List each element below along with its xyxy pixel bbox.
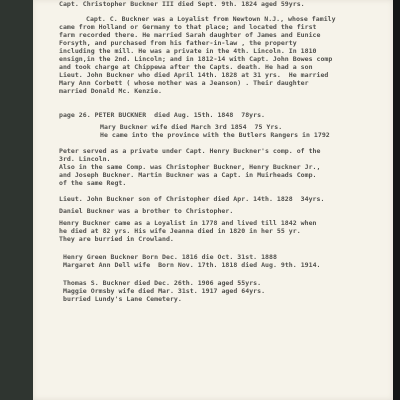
- text-line: and took charge at Chippewa after the Ca…: [59, 64, 313, 71]
- text-line: came from Holland or Germany to that pla…: [59, 24, 317, 31]
- text-line: Peter served as a private under Capt. He…: [59, 148, 320, 155]
- text-line: 3rd. Lincoln.: [59, 156, 111, 163]
- text-line: Also in the same Comp. was Christopher B…: [59, 164, 320, 171]
- text-line: Lieut. John Buckner son of Christopher d…: [59, 196, 324, 203]
- text-line: Mary Ann Corbett ( whose mother was a Je…: [59, 80, 309, 87]
- text-line: Lieut. John Buckner who died April 14th.…: [59, 72, 328, 79]
- text-line: ensign,in the 2nd. Lincoln; and in 1812-…: [59, 56, 332, 63]
- text-line: Margaret Ann Dell wife Born Nov. 17th. 1…: [63, 262, 321, 269]
- text-line: burried Lundy's Lane Cemetery.: [63, 296, 182, 303]
- text-line: including the mill. He was a private in …: [59, 48, 317, 55]
- text-line: and Joseph Buckner. Martin Buckner was a…: [59, 172, 317, 179]
- text-line: Henry Green Buckner Born Dec. 1816 die O…: [63, 254, 277, 261]
- scan-edge: [393, 0, 400, 400]
- text-line: Capt. Christopher Buckner III died Sept.…: [59, 1, 305, 8]
- text-line: married Donald Mc. Kenzie.: [59, 88, 162, 95]
- text-line: farm recorded there. He married Sarah da…: [59, 32, 320, 39]
- text-line: Daniel Buckner was a brother to Christop…: [59, 208, 233, 215]
- text-line: of the same Regt.: [59, 180, 126, 187]
- text-line: He came into the province with the Butle…: [100, 132, 330, 139]
- text-line: Capt. C. Buckner was a Loyalist from New…: [86, 16, 336, 23]
- text-line: Forsyth, and purchased from his father-i…: [59, 40, 297, 47]
- text-line: They are burried in Crowland.: [59, 236, 174, 243]
- text-line: page 26. PETER BUCKNER died Aug. 15th. 1…: [59, 112, 265, 119]
- text-line: Maggie Ormsby wife died Mar. 31st. 1917 …: [63, 288, 265, 295]
- text-line: he died at 82 yrs. His wife Jeanna died …: [59, 228, 301, 235]
- text-line: Thomas S. Buckner died Dec. 26th. 1906 a…: [63, 280, 261, 287]
- text-line: Henry Buckner came as a Loyalist in 1778…: [59, 220, 317, 227]
- text-line: Mary Buckner wife died March 3rd 1854 75…: [100, 124, 282, 131]
